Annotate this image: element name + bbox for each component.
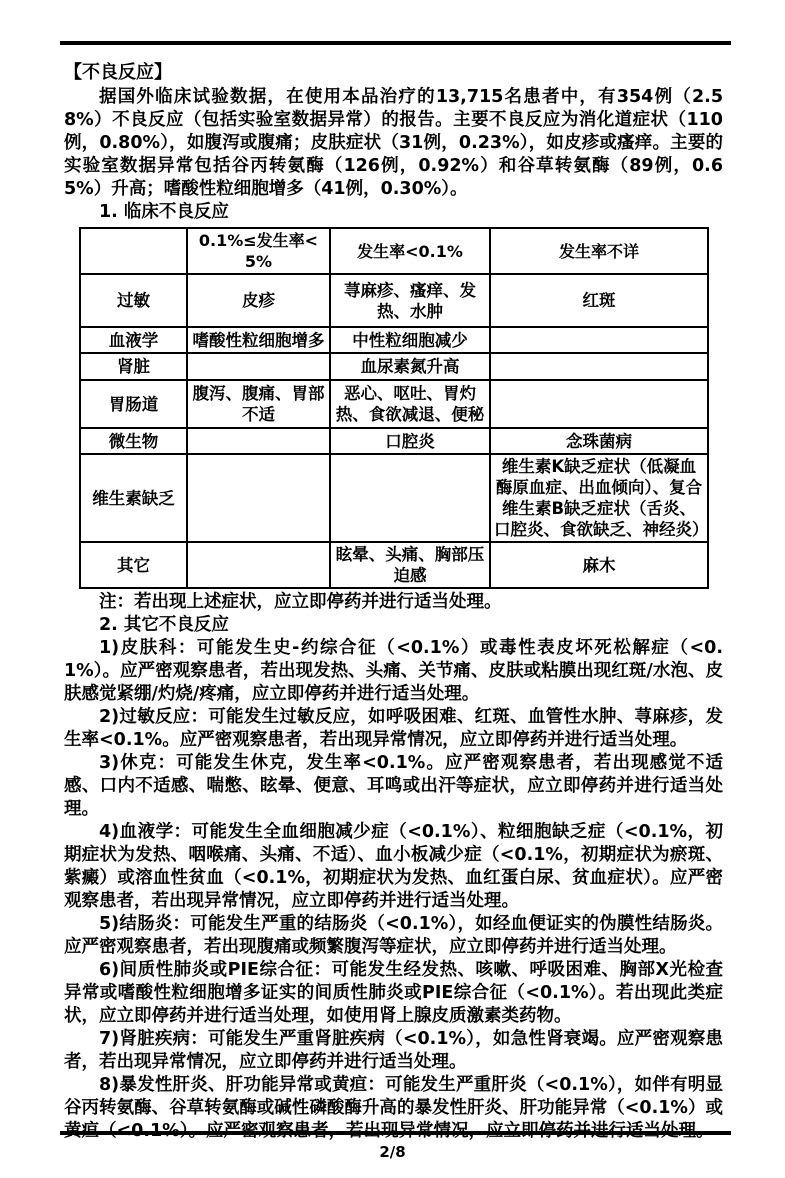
adverse-reaction-table: 0.1%≤发生率<5% 发生率<0.1% 发生率不详 过敏 皮疹 荨麻疹、瘙痒、… xyxy=(79,227,709,589)
adr-item-allergy: 2)过敏反应：可能发生过敏反应，如呼吸困难、红斑、血管性水肿、荨麻疹，发生率<0… xyxy=(64,706,723,752)
table-cell xyxy=(187,428,330,454)
table-row: 其它 眩晕、头痛、胸部压迫感 麻木 xyxy=(80,542,708,588)
table-cell-category: 维生素缺乏 xyxy=(80,454,187,542)
table-header-cell: 0.1%≤发生率<5% xyxy=(187,228,330,274)
table-cell: 嗜酸性粒细胞增多 xyxy=(187,327,330,353)
table-cell: 维生素K缺乏症状（低凝血酶原血症、出血倾向）、复合维生素B缺乏症状（舌炎、口腔炎… xyxy=(490,454,708,542)
table-cell xyxy=(490,327,708,353)
intro-paragraph: 据国外临床试验数据，在使用本品治疗的13,715名患者中，有354例（2.58%… xyxy=(64,86,723,201)
table-header-cell: 发生率<0.1% xyxy=(330,228,490,274)
bottom-border-rule xyxy=(60,1131,731,1135)
adr-item-hematology: 4)血液学：可能发生全血细胞减少症（<0.1%）、粒细胞缺乏症（<0.1%，初期… xyxy=(64,821,723,913)
table-cell xyxy=(187,353,330,380)
clinical-adr-heading: 1. 临床不良反应 xyxy=(64,201,723,224)
table-cell-category: 胃肠道 xyxy=(80,380,187,428)
table-cell xyxy=(490,353,708,380)
adr-item-pneumonia-pie: 6)间质性肺炎或PIE综合征：可能发生经发热、咳嗽、呼吸困难、胸部X光检查异常或… xyxy=(64,959,723,1028)
table-cell xyxy=(330,454,490,542)
section-title: 【不良反应】 xyxy=(64,61,723,84)
adr-item-shock: 3)休克：可能发生休克，发生率<0.1%。应严密观察患者，若出现感觉不适感、口内… xyxy=(64,752,723,821)
table-cell-category: 肾脏 xyxy=(80,353,187,380)
adr-item-dermatology: 1)皮肤科：可能发生史-约综合征（<0.1%）或毒性表皮坏死松解症（<0.1%）… xyxy=(64,637,723,706)
table-row: 肾脏 血尿素氮升高 xyxy=(80,353,708,380)
table-row: 微生物 口腔炎 念珠菌病 xyxy=(80,428,708,454)
table-cell: 荨麻疹、瘙痒、发热、水肿 xyxy=(330,274,490,327)
table-cell: 念珠菌病 xyxy=(490,428,708,454)
table-row: 胃肠道 腹泻、腹痛、胃部不适 恶心、呕吐、胃灼热、食欲减退、便秘 xyxy=(80,380,708,428)
adr-item-colitis: 5)结肠炎：可能发生严重的结肠炎（<0.1%），如经血便证实的伪膜性结肠炎。应严… xyxy=(64,913,723,959)
table-cell: 眩晕、头痛、胸部压迫感 xyxy=(330,542,490,588)
adr-item-renal: 7)肾脏疾病：可能发生严重肾脏疾病（<0.1%），如急性肾衰竭。应严密观察患者，… xyxy=(64,1028,723,1074)
table-note: 注：若出现上述症状，应立即停药并进行适当处理。 xyxy=(64,591,723,614)
table-header-cell: 发生率不详 xyxy=(490,228,708,274)
table-cell xyxy=(187,454,330,542)
table-cell: 皮疹 xyxy=(187,274,330,327)
table-cell-category: 过敏 xyxy=(80,274,187,327)
page-content: 【不良反应】 据国外临床试验数据，在使用本品治疗的13,715名患者中，有354… xyxy=(64,61,723,1143)
table-header-row: 0.1%≤发生率<5% 发生率<0.1% 发生率不详 xyxy=(80,228,708,274)
table-cell: 口腔炎 xyxy=(330,428,490,454)
table-row: 维生素缺乏 维生素K缺乏症状（低凝血酶原血症、出血倾向）、复合维生素B缺乏症状（… xyxy=(80,454,708,542)
table-cell: 血尿素氮升高 xyxy=(330,353,490,380)
table-cell-category: 其它 xyxy=(80,542,187,588)
table-cell: 中性粒细胞减少 xyxy=(330,327,490,353)
top-border-rule xyxy=(60,41,731,45)
table-cell-category: 血液学 xyxy=(80,327,187,353)
table-cell: 红斑 xyxy=(490,274,708,327)
table-cell xyxy=(187,542,330,588)
table-cell: 恶心、呕吐、胃灼热、食欲减退、便秘 xyxy=(330,380,490,428)
other-adr-heading: 2. 其它不良反应 xyxy=(64,614,723,637)
table-cell: 腹泻、腹痛、胃部不适 xyxy=(187,380,330,428)
page-number: 2/8 xyxy=(0,1143,785,1161)
table-row: 过敏 皮疹 荨麻疹、瘙痒、发热、水肿 红斑 xyxy=(80,274,708,327)
table-header-cell xyxy=(80,228,187,274)
table-cell: 麻木 xyxy=(490,542,708,588)
table-cell xyxy=(490,380,708,428)
table-row: 血液学 嗜酸性粒细胞增多 中性粒细胞减少 xyxy=(80,327,708,353)
table-cell-category: 微生物 xyxy=(80,428,187,454)
